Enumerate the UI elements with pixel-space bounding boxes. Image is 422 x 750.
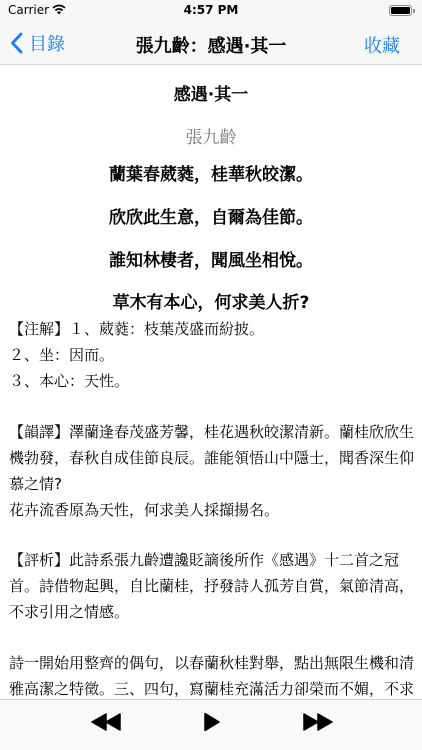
navigation-bar: 目錄 張九齡：感遇·其一 收藏 [0,20,422,65]
verse-line: 草木有本心，何求美人折? [0,288,422,313]
analysis-paragraph: 詩一開始用整齊的偶句，以春蘭秋桂對舉，點出無限生機和清雅高潔之特徵。三、四句，寫… [9,650,414,699]
playback-toolbar [0,699,422,750]
poem-content[interactable]: 感遇·其一 張九齡 蘭葉春葳蕤，桂華秋皎潔。 欣欣此生意，自爾為佳節。 誰知林棲… [0,66,422,699]
status-bar: Carrier 4:57 PM [0,0,422,20]
annotation-line: ３、本心：天性。 [9,368,414,394]
annotations-section: 【注解】１、葳蕤：枝葉茂盛而紛披。 ２、坐：因而。 ３、本心：天性。 [9,316,414,394]
battery-full-icon [389,5,412,16]
analysis-paragraph: 【評析】此詩系張九齡遭讒貶謫後所作《感遇》十二首之冠首。詩借物起興，自比蘭桂，抒… [9,547,414,625]
annotation-line: 【注解】１、葳蕤：枝葉茂盛而紛披。 [9,316,414,342]
poem-author: 張九齡 [0,123,422,148]
analysis-section-continued: 詩一開始用整齊的偶句，以春蘭秋桂對舉，點出無限生機和清雅高潔之特徵。三、四句，寫… [9,650,414,699]
page-title: 張九齡：感遇·其一 [0,32,422,58]
analysis-section: 【評析】此詩系張九齡遭讒貶謫後所作《感遇》十二首之冠首。詩借物起興，自比蘭桂，抒… [9,547,414,625]
verse-line: 欣欣此生意，自爾為佳節。 [0,203,422,228]
verse-line: 誰知林棲者，聞風坐相悅。 [0,246,422,271]
rewind-icon[interactable] [90,713,124,731]
poem-title: 感遇·其一 [0,80,422,105]
translation-section: 【韻譯】澤蘭逢春茂盛芳馨，桂花遇秋皎潔清新。蘭桂欣欣生機勃發，春秋自成佳節良辰。… [9,419,414,523]
clock: 4:57 PM [0,3,422,17]
play-icon[interactable] [202,713,222,731]
fast-forward-icon[interactable] [300,713,334,731]
favorite-button[interactable]: 收藏 [364,32,400,58]
verse-line: 蘭葉春葳蕤，桂華秋皎潔。 [0,160,422,185]
translation-paragraph: 【韻譯】澤蘭逢春茂盛芳馨，桂花遇秋皎潔清新。蘭桂欣欣生機勃發，春秋自成佳節良辰。… [9,419,414,497]
translation-paragraph: 花卉流香原為天性，何求美人採擷揚名。 [9,497,414,523]
annotation-line: ２、坐：因而。 [9,342,414,368]
battery-cap [413,9,415,13]
